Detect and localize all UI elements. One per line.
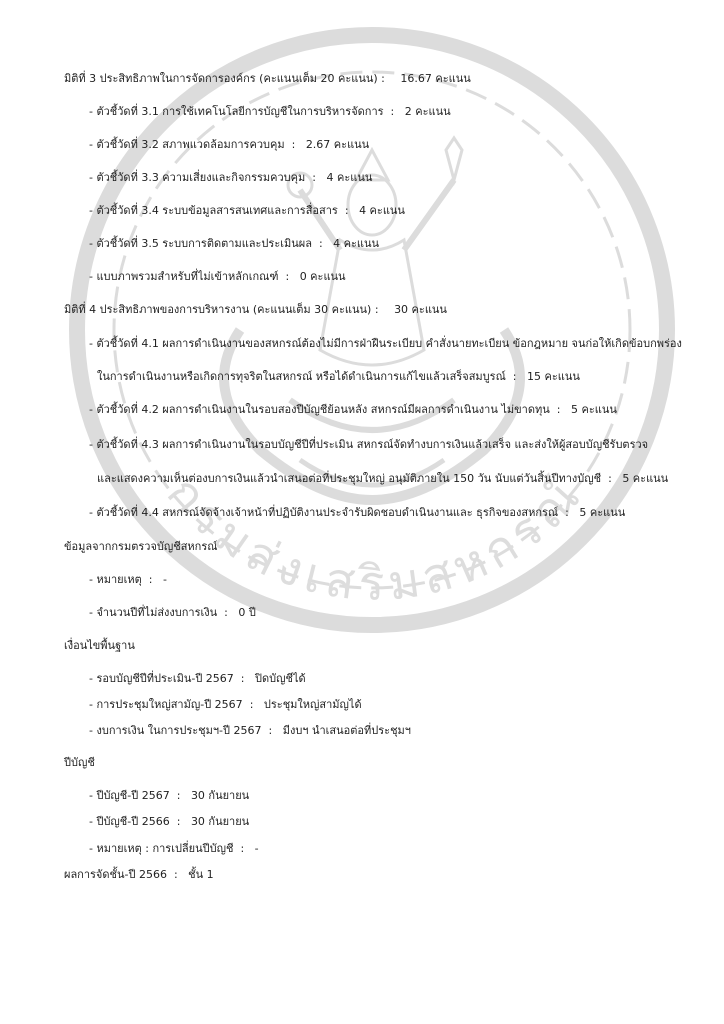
item-value: ประชุมใหญ่สามัญได้ — [264, 698, 362, 711]
item-label: - งบการเงิน ในการประชุมฯ-ปี 2567 — [89, 724, 261, 737]
item-value: มีงบฯ นำเสนอต่อที่ประชุมฯ — [283, 724, 411, 737]
audit-remark: - หมายเหตุ: - — [89, 573, 167, 587]
indicator-3-2: - ตัวชี้วัดที่ 3.2 สภาพแวดล้อมการควบคุม:… — [89, 138, 369, 152]
item-label: - จำนวนปีที่ไม่ส่งงบการเงิน — [89, 606, 217, 619]
indicator-score: 4 คะแนน — [359, 204, 405, 217]
dimension4-title: มิติที่ 4 ประสิทธิภาพของการบริหารงาน (คะ… — [64, 303, 379, 316]
ranking-value: ชั้น 1 — [188, 868, 213, 881]
audit-years-not-submitted: - จำนวนปีที่ไม่ส่งงบการเงิน: 0 ปี — [89, 606, 256, 620]
item-value: 30 กันยายน — [191, 789, 249, 802]
item-label: - หมายเหตุ : การเปลี่ยนปีบัญชี — [89, 842, 233, 855]
condition-general-meeting: - การประชุมใหญ่สามัญ-ปี 2567: ประชุมใหญ่… — [89, 698, 362, 712]
indicator-label: - ตัวชี้วัดที่ 3.4 ระบบข้อมูลสารสนเทศและ… — [89, 204, 338, 217]
item-value: - — [163, 573, 167, 586]
indicator-label: - ตัวชี้วัดที่ 4.2 ผลการดำเนินงานในรอบสอ… — [89, 403, 550, 416]
indicator-score: 0 คะแนน — [300, 270, 346, 283]
indicator-score: 15 คะแนน — [527, 370, 580, 383]
item-value: - — [255, 842, 259, 855]
dimension3-heading: มิติที่ 3 ประสิทธิภาพในการจัดการองค์กร (… — [64, 72, 471, 86]
indicator-label: - ตัวชี้วัดที่ 4.4 สหกรณ์จัดจ้างเจ้าหน้า… — [89, 506, 558, 519]
dimension3-title: มิติที่ 3 ประสิทธิภาพในการจัดการองค์กร (… — [64, 72, 385, 85]
indicator-4-2: - ตัวชี้วัดที่ 4.2 ผลการดำเนินงานในรอบสอ… — [89, 403, 617, 417]
fiscal-year-heading: ปีบัญชี — [64, 756, 95, 770]
item-label: - รอบบัญชีปีที่ประเมิน-ปี 2567 — [89, 672, 234, 685]
indicator-label: - ตัวชี้วัดที่ 4.1 ผลการดำเนินงานของสหกร… — [89, 337, 682, 350]
indicator-score: 5 คะแนน — [579, 506, 625, 519]
indicator-4-3-continuation: และแสดงความเห็นต่องบการเงินแล้วนำเสนอต่อ… — [97, 472, 668, 486]
indicator-score: 5 คะแนน — [571, 403, 617, 416]
dimension3-score: 16.67 คะแนน — [400, 72, 470, 85]
indicator-score: 2 คะแนน — [405, 105, 451, 118]
basic-conditions-heading: เงื่อนไขพื้นฐาน — [64, 639, 135, 653]
indicator-label: - ตัวชี้วัดที่ 3.1 การใช้เทคโนโลยีการบัญ… — [89, 105, 384, 118]
indicator-3-4: - ตัวชี้วัดที่ 3.4 ระบบข้อมูลสารสนเทศและ… — [89, 204, 405, 218]
indicator-continuation: ในการดำเนินงานหรือเกิดการทุจริตในสหกรณ์ … — [97, 370, 506, 383]
item-value: 0 ปี — [238, 606, 255, 619]
audit-info-heading: ข้อมูลจากกรมตรวจบัญชีสหกรณ์ — [64, 540, 217, 554]
indicator-3-1: - ตัวชี้วัดที่ 3.1 การใช้เทคโนโลยีการบัญ… — [89, 105, 451, 119]
indicator-label: - ตัวชี้วัดที่ 3.3 ความเสี่ยงและกิจกรรมค… — [89, 171, 305, 184]
item-label: - หมายเหตุ — [89, 573, 142, 586]
indicator-4-1-continuation: ในการดำเนินงานหรือเกิดการทุจริตในสหกรณ์ … — [97, 370, 580, 384]
indicator-label: - แบบภาพรวมสำหรับที่ไม่เข้าหลักเกณฑ์ — [89, 270, 278, 283]
indicator-label: - ตัวชี้วัดที่ 3.5 ระบบการติดตามและประเม… — [89, 237, 312, 250]
dimension4-score: 30 คะแนน — [394, 303, 447, 316]
condition-financial-statements: - งบการเงิน ในการประชุมฯ-ปี 2567: มีงบฯ … — [89, 724, 411, 738]
indicator-3-3: - ตัวชี้วัดที่ 3.3 ความเสี่ยงและกิจกรรมค… — [89, 171, 372, 185]
indicator-4-3: - ตัวชี้วัดที่ 4.3 ผลการดำเนินงานในรอบบั… — [89, 438, 648, 452]
fiscal-year-2566: - ปีบัญชี-ปี 2566: 30 กันยายน — [89, 815, 249, 829]
indicator-label: - ตัวชี้วัดที่ 3.2 สภาพแวดล้อมการควบคุม — [89, 138, 285, 151]
indicator-4-4: - ตัวชี้วัดที่ 4.4 สหกรณ์จัดจ้างเจ้าหน้า… — [89, 506, 625, 520]
indicator-score: 4 คะแนน — [333, 237, 379, 250]
item-value: 30 กันยายน — [191, 815, 249, 828]
ranking-label: ผลการจัดชั้น-ปี 2566 — [64, 868, 167, 881]
indicator-3-overall: - แบบภาพรวมสำหรับที่ไม่เข้าหลักเกณฑ์: 0 … — [89, 270, 346, 284]
ranking-result: ผลการจัดชั้น-ปี 2566: ชั้น 1 — [64, 868, 214, 882]
svg-text:กรมส่งเสริมสหกรณ์: กรมส่งเสริมสหกรณ์ — [156, 465, 594, 612]
dimension4-heading: มิติที่ 4 ประสิทธิภาพของการบริหารงาน (คะ… — [64, 303, 447, 317]
condition-fiscal-round: - รอบบัญชีปีที่ประเมิน-ปี 2567: ปิดบัญชี… — [89, 672, 306, 686]
item-value: ปิดบัญชีได้ — [255, 672, 306, 685]
indicator-4-1: - ตัวชี้วัดที่ 4.1 ผลการดำเนินงานของสหกร… — [89, 337, 682, 351]
fiscal-year-2567: - ปีบัญชี-ปี 2567: 30 กันยายน — [89, 789, 249, 803]
indicator-3-5: - ตัวชี้วัดที่ 3.5 ระบบการติดตามและประเม… — [89, 237, 379, 251]
item-label: - ปีบัญชี-ปี 2566 — [89, 815, 170, 828]
fiscal-year-change-remark: - หมายเหตุ : การเปลี่ยนปีบัญชี: - — [89, 842, 259, 856]
indicator-score: 2.67 คะแนน — [306, 138, 369, 151]
indicator-label: - ตัวชี้วัดที่ 4.3 ผลการดำเนินงานในรอบบั… — [89, 438, 648, 451]
item-label: - การประชุมใหญ่สามัญ-ปี 2567 — [89, 698, 243, 711]
indicator-score: 5 คะแนน — [622, 472, 668, 485]
indicator-continuation: และแสดงความเห็นต่องบการเงินแล้วนำเสนอต่อ… — [97, 472, 601, 485]
indicator-score: 4 คะแนน — [326, 171, 372, 184]
item-label: - ปีบัญชี-ปี 2567 — [89, 789, 170, 802]
